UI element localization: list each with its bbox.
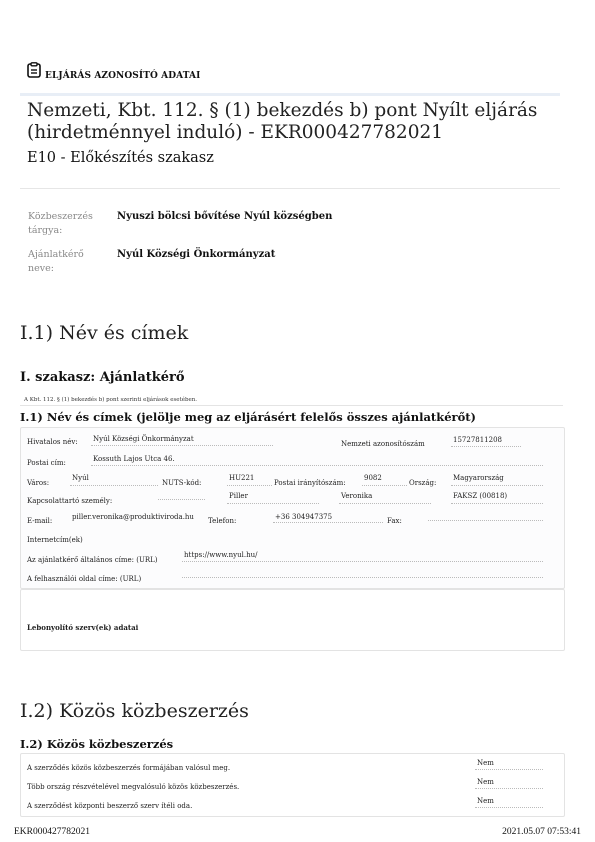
divider xyxy=(20,188,560,189)
form-bar-title: I.1) Név és címek (jelölje meg az eljárá… xyxy=(20,410,476,424)
email-value: piller.veronika@produktiviroda.hu xyxy=(72,513,194,521)
email-label: E-mail: xyxy=(27,517,52,525)
contact-first-name: Veronika xyxy=(341,492,372,500)
multi-country-label: Több ország részvételével megvalósuló kö… xyxy=(27,783,239,791)
country-value: Magyarország xyxy=(453,474,504,482)
section-heading: I.2) Közös közbeszerzés xyxy=(20,700,249,722)
field-underline xyxy=(227,503,319,504)
field-underline xyxy=(182,561,543,562)
central-purchasing-value: Nem xyxy=(477,797,494,805)
header-divider xyxy=(20,93,560,96)
country-label: Ország: xyxy=(409,479,436,487)
field-underline xyxy=(91,445,273,446)
postal-address-label: Postai cím: xyxy=(27,459,66,467)
field-underline xyxy=(451,485,543,486)
buyer-profile-label: A felhasználói oldal címe: (URL) xyxy=(27,575,141,583)
postal-address-value: Kossuth Lajos Utca 46. xyxy=(93,455,175,463)
contact-person-label: Kapcsolattartó személy: xyxy=(27,497,112,505)
field-underline xyxy=(362,485,407,486)
national-id-label: Nemzeti azonosítószám xyxy=(341,440,425,448)
field-underline xyxy=(158,499,205,500)
city-value: Nyúl xyxy=(72,474,89,482)
postal-code-label: Postai irányítószám: xyxy=(274,479,346,487)
phone-label: Telefon: xyxy=(208,517,236,525)
section-label: ELJÁRÁS AZONOSÍTÓ ADATAI xyxy=(45,71,200,81)
multi-country-value: Nem xyxy=(477,778,494,786)
field-underline xyxy=(273,522,383,523)
agent-box-title: Lebonyolító szerv(ek) adatai xyxy=(27,623,138,632)
procedure-phase: E10 - Előkészítés szakasz xyxy=(27,150,214,166)
field-underline xyxy=(227,485,272,486)
contact-org-code: FAKSZ (00818) xyxy=(453,492,507,500)
field-underline xyxy=(451,446,521,447)
divider xyxy=(20,405,563,406)
field-underline xyxy=(451,503,543,504)
agent-box xyxy=(20,589,565,651)
field-underline xyxy=(91,465,543,466)
fax-label: Fax: xyxy=(387,517,402,525)
central-purchasing-label: A szerződést központi beszerző szerv íté… xyxy=(27,802,192,810)
joint-procurement-label: A szerződés közös közbeszerzés formájába… xyxy=(27,764,230,772)
field-underline xyxy=(339,503,431,504)
field-underline xyxy=(182,577,543,578)
field-underline xyxy=(475,807,543,808)
internet-label: Internetcím(ek) xyxy=(27,536,83,544)
section-subheading: I. szakasz: Ajánlatkérő xyxy=(20,370,185,385)
field-underline xyxy=(475,769,543,770)
section-note: A Kbt. 112. § (1) bekezdés b) pont szeri… xyxy=(24,397,197,403)
general-url-value[interactable]: https://www.nyul.hu/ xyxy=(184,551,257,559)
phone-value: +36 304947375 xyxy=(275,513,332,521)
postal-code-value: 9082 xyxy=(364,474,382,482)
subject-value: Nyuszi bölcsi bővítése Nyúl községben xyxy=(117,211,332,222)
city-label: Város: xyxy=(27,479,49,487)
contracting-authority-label: Ajánlatkérő neve: xyxy=(28,248,108,276)
official-name-label: Hivatalos név: xyxy=(27,438,78,446)
contracting-authority-value: Nyúl Községi Önkormányzat xyxy=(117,249,275,260)
clipboard-icon xyxy=(27,62,41,78)
nuts-label: NUTS-kód: xyxy=(162,479,201,487)
field-underline xyxy=(475,788,543,789)
procedure-title: Nemzeti, Kbt. 112. § (1) bekezdés b) pon… xyxy=(27,100,567,144)
official-name-value: Nyúl Községi Önkormányzat xyxy=(93,435,194,443)
contact-last-name: Piller xyxy=(229,492,248,500)
general-url-label: Az ajánlatkérő általános címe: (URL) xyxy=(27,556,158,564)
section-heading: I.1) Név és címek xyxy=(20,322,188,344)
footer-document-id: EKR000427782021 xyxy=(14,827,90,837)
subject-label: Közbeszerzés tárgya: xyxy=(28,210,108,238)
joint-procurement-value: Nem xyxy=(477,759,494,767)
form-bar-title: I.2) Közös közbeszerzés xyxy=(20,737,173,751)
nuts-value: HU221 xyxy=(229,474,254,482)
field-underline xyxy=(428,520,543,521)
footer-timestamp: 2021.05.07 07:53:41 xyxy=(502,827,581,837)
national-id-value: 15727811208 xyxy=(453,436,502,444)
address-box xyxy=(20,427,565,589)
field-underline xyxy=(70,485,158,486)
